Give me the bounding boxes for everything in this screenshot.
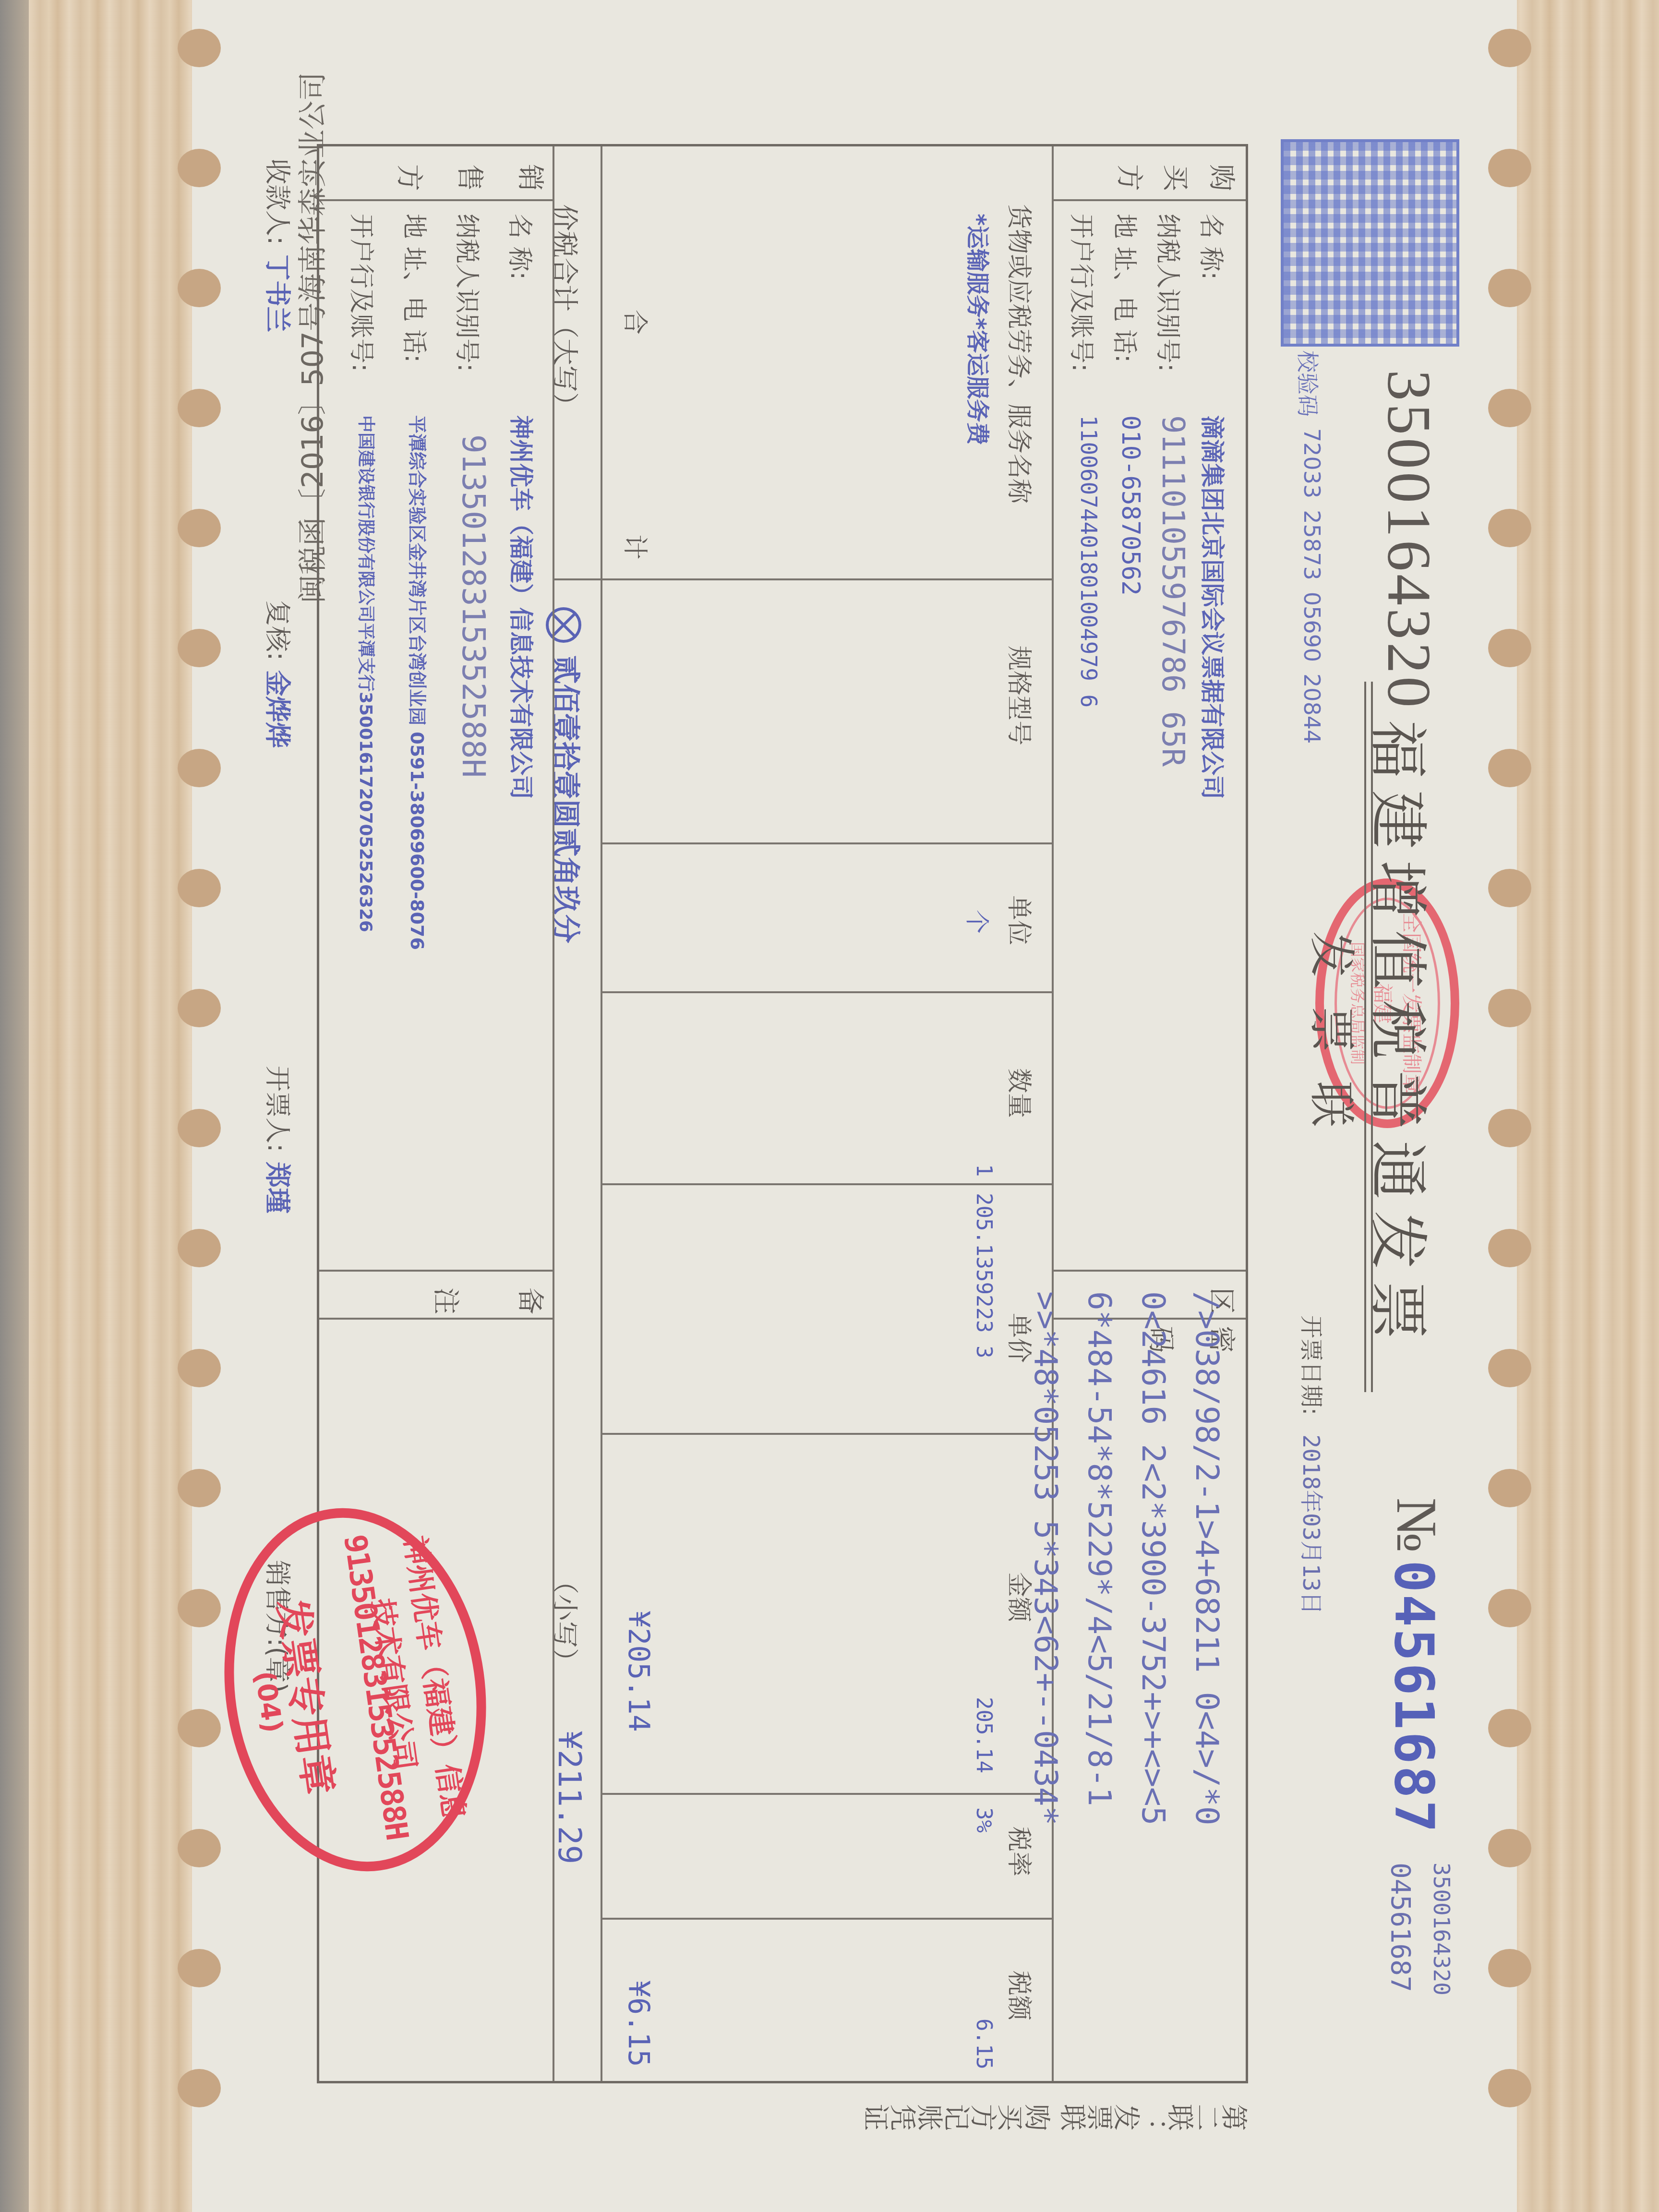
invoice-title: 福建增值税普通发票 bbox=[1361, 720, 1445, 1351]
issue-date: 开票日期: 2018年03月13日 bbox=[1297, 1315, 1330, 1614]
side-invoice-number: 04561687 bbox=[1385, 1863, 1416, 1992]
item-tax-rate: 3% bbox=[972, 1807, 996, 1833]
item-tax: 6.15 bbox=[972, 2019, 996, 2069]
seller-bank-account: 中国建设银行股份有限公司平潭支行35001617207052526326 bbox=[355, 415, 379, 932]
item-unit: 个 bbox=[962, 910, 996, 934]
copy-side-note: 第二联：发票联 购买方记账凭证 bbox=[863, 2098, 1248, 2132]
pin-feed-holes-top bbox=[1459, 0, 1517, 2212]
seller-tax-id: 91350128315352588H bbox=[455, 434, 492, 778]
buyer-address-phone: 010-65870562 bbox=[1116, 415, 1145, 596]
title-underline bbox=[1371, 682, 1373, 1392]
item-amount: 205.14 bbox=[972, 1697, 996, 1773]
cross-circle-icon bbox=[546, 607, 581, 643]
invoice-code: 3500164320 bbox=[1373, 370, 1445, 710]
buyer-bank-account: 11006074401801004979 6 bbox=[1076, 415, 1102, 708]
total-label: 合 计 bbox=[619, 310, 655, 656]
buyer-name: 滴滴集团北京国际会议票据有限公司 bbox=[1197, 415, 1231, 799]
print-batch-note: 闽税函〔2016〕507号海南华森实业公司 bbox=[290, 72, 331, 603]
invoice-number-label: № bbox=[1383, 1498, 1450, 1553]
issuer: 开票人:郑瑾 bbox=[261, 1066, 298, 1214]
grand-total-lower: ¥211.29 bbox=[551, 1731, 588, 1864]
cipher-area: />038/98/2-1>4+68211 0<4>/*0 0<24616 2<2… bbox=[1019, 1291, 1234, 1826]
qr-code-icon bbox=[1281, 139, 1459, 347]
item-name: *运输服务*客运服务费 bbox=[963, 214, 996, 445]
side-invoice-code: 3500164320 bbox=[1429, 1863, 1455, 1996]
grand-total-upper: 贰佰壹拾壹圆贰角玖分 bbox=[546, 607, 588, 943]
total-amount: ¥205.14 bbox=[622, 1611, 655, 1732]
remarks-label: 备注 bbox=[334, 1279, 545, 1318]
desk-shadow bbox=[0, 0, 29, 2212]
invoice-paper: 校验码 72033 25873 05690 20844 3500164320 全… bbox=[192, 0, 1517, 2212]
seller-address-phone: 平潭综合实验区金井湾片区台湾创业园 0591-38069600-8076 bbox=[406, 415, 432, 950]
copy-label: 发票联 bbox=[1302, 931, 1368, 1156]
check-code: 校验码 72033 25873 05690 20844 bbox=[1293, 350, 1325, 744]
item-quantity: 1 bbox=[972, 1164, 996, 1177]
invoice-number: 04561687 bbox=[1382, 1560, 1445, 1834]
seller-section-label: 销售方 bbox=[334, 156, 545, 194]
total-tax: ¥6.15 bbox=[622, 1980, 655, 2067]
seller-name: 神州优车（福建）信息技术有限公司 bbox=[505, 415, 540, 799]
check-code-label: 校验码 bbox=[1293, 350, 1325, 417]
buyer-section-label: 购买方 bbox=[1063, 156, 1236, 194]
reviewer: 复核:金烨烨 bbox=[261, 600, 298, 748]
item-unit-price: 205.1359223 3 bbox=[972, 1193, 996, 1358]
buyer-tax-id: 911101055976786 65R bbox=[1155, 415, 1190, 767]
pin-feed-holes-bottom bbox=[192, 0, 250, 2212]
